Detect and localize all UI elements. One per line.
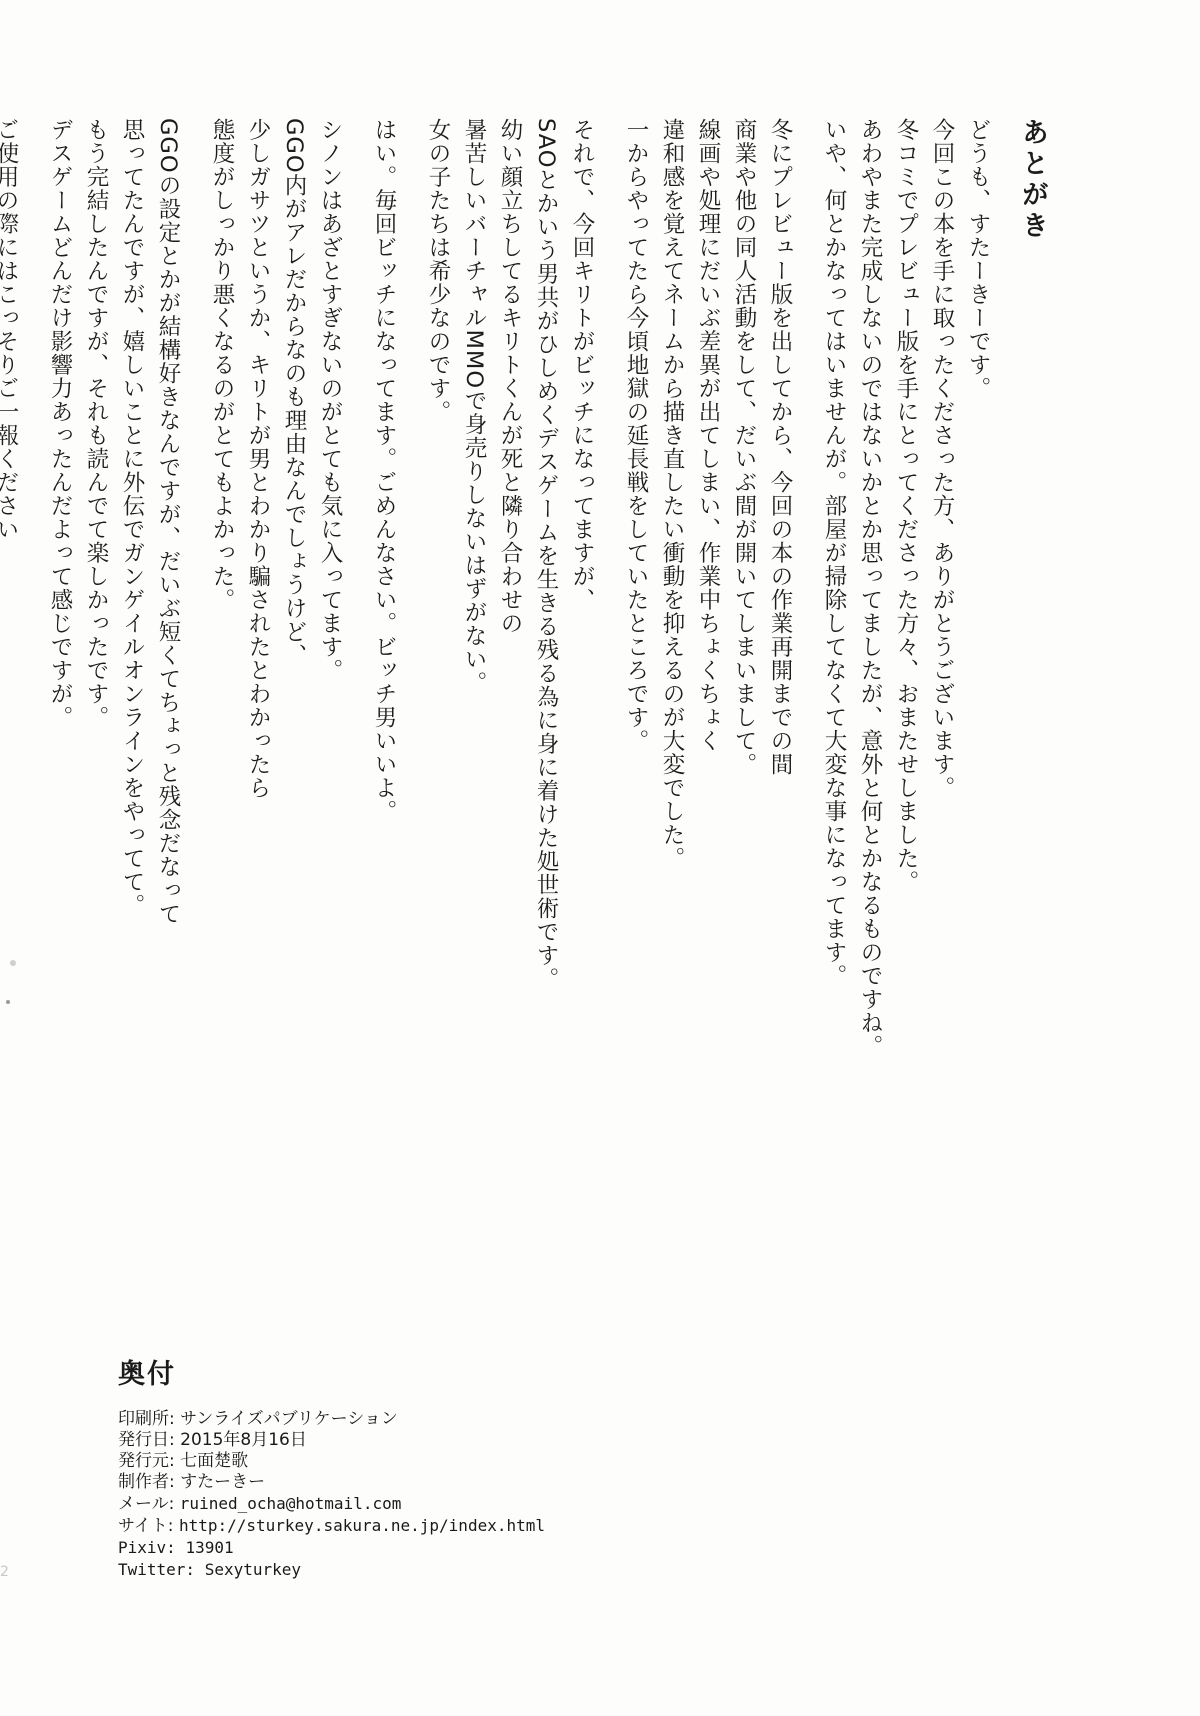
text-line: 一からやってたら今頃地獄の延長戦をしていたところです。 (618, 118, 654, 878)
text-line: GGO内がアレだからなのも理由なんでしょうけど、 (276, 118, 312, 878)
scan-speck (6, 1000, 10, 1004)
margin-page-number: 2 (0, 1564, 9, 1580)
text-line: シノンはあざとすぎないのがとても気に入ってます。 (312, 118, 348, 878)
colophon-row-site: サイト: http://sturkey.sakura.ne.jp/index.h… (118, 1515, 545, 1537)
colophon-row-pixiv: Pixiv: 13901 (118, 1537, 545, 1559)
text-line: あわやまた完成しないのではないかとか思ってましたが、意外と何とかなるものですね。 (852, 118, 888, 878)
colophon-row-publisher: 発行元: 七面楚歌 (118, 1451, 545, 1472)
printer-value: サンライズパブリケーション (180, 1409, 398, 1429)
paragraph-sinon: シノンはあざとすぎないのがとても気に入ってます。 GGO内がアレだからなのも理由… (204, 118, 348, 878)
text-line: 思ってたんですが、嬉しいことに外伝でガンゲイルオンラインをやってて。 (114, 118, 150, 878)
text-line: SAOとかいう男共がひしめくデスゲームを生きる残る為に身に着けた処世術です。 (528, 118, 564, 878)
text-line: GGOの設定とかが結構好きなんですが、だいぶ短くてちょっと残念だなって (150, 118, 186, 878)
colophon-heading: 奥付 (118, 1352, 545, 1391)
text-line: 違和感を覚えてネームから描き直したい衝動を抑えるのが大変でした。 (654, 118, 690, 878)
text-line: 冬コミでプレビュー版を手にとってくださった方々、おまたせしました。 (888, 118, 924, 878)
text-line: それで、今回キリトがビッチになってますが、 (564, 118, 600, 878)
afterword-section: あとがき どうも、すたーきーです。 今回この本を手に取ったくださった方、ありがと… (0, 118, 1050, 878)
scan-speck (10, 960, 16, 966)
site-label: サイト: (118, 1516, 179, 1536)
text-line: 商業や他の同人活動をして、だいぶ間が開いてしまいまして。 (726, 118, 762, 878)
colophon-row-twitter: Twitter: Sexyturkey (118, 1559, 545, 1581)
text-line: 冬にプレビュー版を出してから、今回の本の作業再開までの間 (762, 118, 798, 878)
author-value: すたーきー (180, 1472, 265, 1492)
paragraph-production: 冬にプレビュー版を出してから、今回の本の作業再開までの間 商業や他の同人活動をし… (618, 118, 798, 878)
twitter-value: Sexyturkey (205, 1560, 301, 1579)
colophon-row-printer: 印刷所: サンライズパブリケーション (118, 1409, 545, 1430)
paragraph-apology: はい。毎回ビッチになってます。ごめんなさい。ビッチ男いいよ。 (366, 118, 402, 878)
colophon-row-author: 制作者: すたーきー (118, 1472, 545, 1493)
text-line: ご使用の際にはこっそりご一報ください (0, 118, 24, 878)
colophon-section: 奥付 印刷所: サンライズパブリケーション 発行日: 2015年8月16日 発行… (118, 1352, 545, 1581)
pixiv-label: Pixiv: (118, 1538, 185, 1557)
text-line: 線画や処理にだいぶ差異が出てしまい、作業中ちょくちょく (690, 118, 726, 878)
text-line: デスゲームどんだけ影響力あったんだよって感じですが。 (42, 118, 78, 878)
email-value: ruined_ocha@hotmail.com (180, 1494, 402, 1513)
email-label: メール: (118, 1494, 180, 1514)
paragraph-greeting: どうも、すたーきーです。 今回この本を手に取ったくださった方、ありがとうございま… (816, 118, 996, 878)
text-line: 女の子たちは希少なのです。 (420, 118, 456, 878)
text-line: 少しガサツというか、キリトが男とわかり騙されたとわかったら (240, 118, 276, 878)
paragraph-kirito: それで、今回キリトがビッチになってますが、 SAOとかいう男共がひしめくデスゲー… (420, 118, 600, 878)
text-line: もう完結したんですが、それも読んでて楽しかったです。 (78, 118, 114, 878)
colophon-row-date: 発行日: 2015年8月16日 (118, 1430, 545, 1451)
date-value: 2015年8月16日 (180, 1430, 307, 1450)
text-line: 態度がしっかり悪くなるのがとてもよかった。 (204, 118, 240, 878)
text-line: はい。毎回ビッチになってます。ごめんなさい。ビッチ男いいよ。 (366, 118, 402, 878)
twitter-label: Twitter: (118, 1560, 205, 1579)
paragraph-closing: ご使用の際にはこっそりご一報ください それでは今後もよろしくお願いします。 (0, 118, 24, 878)
author-label: 制作者: (118, 1472, 180, 1492)
text-line: 今回この本を手に取ったくださった方、ありがとうございます。 (924, 118, 960, 878)
printer-label: 印刷所: (118, 1409, 180, 1429)
text-line: どうも、すたーきーです。 (960, 118, 996, 878)
text-line: いや、何とかなってはいませんが。部屋が掃除してなくて大変な事になってます。 (816, 118, 852, 878)
publisher-value: 七面楚歌 (180, 1451, 248, 1471)
date-label: 発行日: (118, 1430, 180, 1450)
text-line: 暑苦しいバーチャルMMOで身売りしないはずがない。 (456, 118, 492, 878)
colophon-row-email: メール: ruined_ocha@hotmail.com (118, 1493, 545, 1515)
afterword-page: あとがき どうも、すたーきーです。 今回この本を手に取ったくださった方、ありがと… (0, 0, 1200, 1716)
site-url: http://sturkey.sakura.ne.jp/index.html (179, 1516, 545, 1535)
pixiv-value: 13901 (185, 1538, 233, 1557)
publisher-label: 発行元: (118, 1451, 180, 1471)
text-line: 幼い顔立ちしてるキリトくんが死と隣り合わせの (492, 118, 528, 878)
paragraph-ggo: GGOの設定とかが結構好きなんですが、だいぶ短くてちょっと残念だなって 思ってた… (42, 118, 186, 878)
afterword-title: あとがき (1014, 118, 1050, 878)
